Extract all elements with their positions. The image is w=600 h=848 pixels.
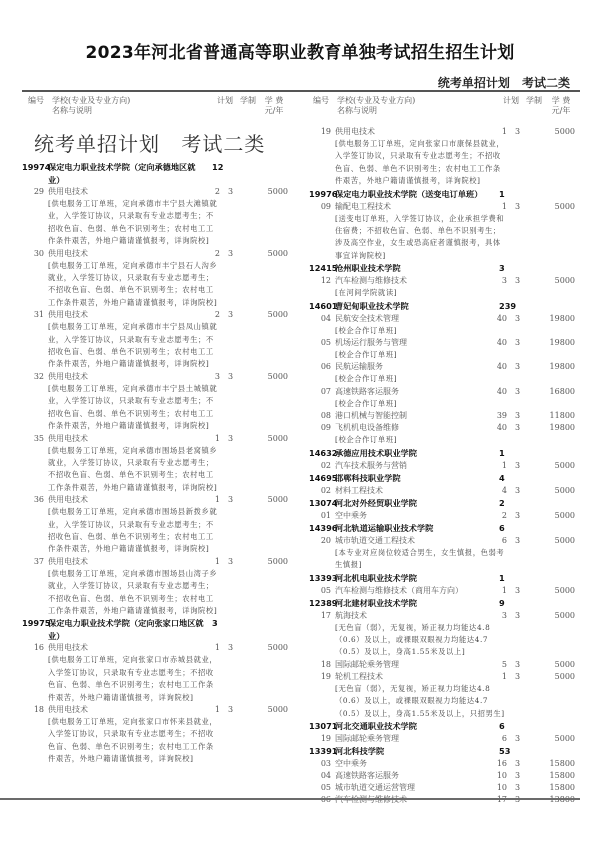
major-note: [无色盲（弱），无复视，矫正视力均能达4.8（0.6）及以上，或裸眼双眼视力均能… [335, 683, 507, 720]
major-row: 19国际邮轮乘务管理635000 [309, 733, 599, 745]
major-fee: 5000 [541, 275, 575, 287]
major-years: 3 [228, 494, 233, 506]
major-note: [供电服务工订单班，定向承德市围场县山湾子乡就业，入学签订协议，只录取有专业志愿… [48, 568, 220, 618]
major-note: [送变电订单班，入学签订协议，企业承担学费和住宿费；不招收色盲、色弱、单色不识别… [335, 213, 507, 263]
school-code: 13391 [309, 745, 333, 758]
major-years: 3 [228, 248, 233, 260]
major-plan: 16 [483, 758, 507, 770]
major-note: [供电服务工订单班，定向承德市丰宁县土城镇就业，入学签订协议，只录取有专业志愿考… [48, 383, 220, 433]
major-row: 31供用电技术235000[供电服务工订单班，定向承德市丰宁县凤山镇就业，入学签… [22, 309, 312, 371]
major-row: 29供用电技术235000[供电服务工订单班，定向承德市丰宁县大滩镇就业，入学签… [22, 186, 312, 248]
major-code: 18 [315, 659, 331, 671]
major-fee: 11800 [541, 410, 575, 422]
major-plan: 1 [483, 460, 507, 472]
major-code: 16 [28, 642, 44, 654]
school-plan-total: 6 [499, 522, 505, 535]
major-name: 国际邮轮乘务管理 [335, 659, 500, 671]
major-years: 3 [515, 733, 520, 745]
school-entry: 13074河北对外经贸职业学院2 [309, 497, 599, 510]
header-name: 学校(专业及专业方向) 名称与说明 [337, 96, 415, 116]
school-entry: 13391河北科技学院53 [309, 745, 599, 758]
major-entry: 16供用电技术135000 [22, 642, 312, 654]
school-code: 13393 [309, 572, 333, 585]
school-entry: 14601曹妃甸职业技术学院239 [309, 300, 599, 313]
major-row: 09输配电工程技术135000[送变电订单班，入学签订协议，企业承担学费和住宿费… [309, 201, 599, 263]
major-years: 3 [515, 671, 520, 683]
major-code: 35 [28, 433, 44, 445]
school-row: 13391河北科技学院53 [309, 745, 599, 758]
major-years: 3 [515, 659, 520, 671]
major-fee: 5000 [254, 248, 288, 260]
major-fee: 5000 [254, 371, 288, 383]
major-code: 02 [315, 460, 331, 472]
major-years: 3 [515, 770, 520, 782]
school-plan-total: 239 [499, 300, 516, 313]
major-fee: 5000 [541, 659, 575, 671]
major-entry: 05城市轨道交通运营管理10315800 [309, 782, 599, 794]
major-entry: 32供用电技术335000 [22, 371, 312, 383]
major-row: 06民航运输服务40319800[校企合作订单班] [309, 361, 599, 385]
major-years: 3 [515, 386, 520, 398]
major-code: 06 [315, 361, 331, 373]
header-years: 学制 [240, 96, 256, 106]
major-fee: 5000 [254, 642, 288, 654]
school-plan-total: 9 [499, 597, 505, 610]
major-entry: 36供用电技术135000 [22, 494, 312, 506]
major-fee: 16800 [541, 386, 575, 398]
school-plan-total: 2 [499, 497, 505, 510]
major-row: 02材料工程技术435000 [309, 485, 599, 497]
major-plan: 1 [196, 556, 220, 568]
major-row: 03空中乘务16315800 [309, 758, 599, 770]
school-row: 13071河北交通职业技术学院6 [309, 720, 599, 733]
major-name: 空中乘务 [335, 758, 500, 770]
major-years: 3 [515, 275, 520, 287]
major-code: 19 [315, 126, 331, 138]
school-name: 曹妃甸职业技术学院 [335, 300, 493, 313]
major-row: 05城市轨道交通运营管理10315800 [309, 782, 599, 794]
major-note: [校企合作订单班] [335, 325, 507, 337]
major-code: 09 [315, 422, 331, 434]
major-entry: 09输配电工程技术135000 [309, 201, 599, 213]
major-row: 20城市轨道交通工程技术635000[本专业对应岗位较适合男生，女生慎报，色弱考… [309, 535, 599, 572]
major-entry: 02材料工程技术435000 [309, 485, 599, 497]
major-years: 3 [515, 422, 520, 434]
major-row: 36供用电技术135000[供电服务工订单班，定向承德市围场县新拨乡就业，入学签… [22, 494, 312, 556]
major-entry: 30供用电技术235000 [22, 248, 312, 260]
major-fee: 5000 [541, 510, 575, 522]
school-entry: 12415沧州职业技术学院3 [309, 262, 599, 275]
major-fee: 15800 [541, 782, 575, 794]
major-fee: 5000 [541, 733, 575, 745]
major-entry: 20城市轨道交通工程技术635000 [309, 535, 599, 547]
school-name: 保定电力职业技术学院（定向张家口地区就业） [48, 617, 206, 642]
school-entry: 19975保定电力职业技术学院（定向张家口地区就业）3 [22, 617, 312, 642]
school-row: 14396河北轨道运输职业技术学院6 [309, 522, 599, 535]
major-code: 08 [315, 410, 331, 422]
major-row: 04高速铁路客运服务10315800 [309, 770, 599, 782]
major-name: 航海技术 [335, 610, 500, 622]
major-name: 飞机机电设备维修 [335, 422, 500, 434]
major-note: [供电服务工订单班，定向张家口市康保县就业，入学签订协议，只录取有专业志愿考生；… [335, 138, 507, 188]
major-row: 09飞机机电设备维修40319800[校企合作订单班] [309, 422, 599, 446]
school-code: 14632 [309, 447, 333, 460]
major-code: 19 [315, 733, 331, 745]
school-row: 12415沧州职业技术学院3 [309, 262, 599, 275]
major-row: 08港口机械与智能控制39311800 [309, 410, 599, 422]
major-row: 35供用电技术135000[供电服务工订单班，定向承德市围场县老窝镇乡就业，入学… [22, 433, 312, 495]
school-name: 河北建材职业技术学院 [335, 597, 493, 610]
major-note: [供电服务工订单班，定向张家口市怀来县就业，入学签订协议，只录取有专业志愿考生；… [48, 716, 220, 766]
major-entry: 07高速铁路客运服务40316800 [309, 386, 599, 398]
major-fee: 5000 [254, 494, 288, 506]
major-entry: 06民航运输服务40319800 [309, 361, 599, 373]
school-name: 沧州职业技术学院 [335, 262, 493, 275]
header-rule-right [300, 90, 580, 92]
major-fee: 19800 [541, 337, 575, 349]
major-plan: 40 [483, 422, 507, 434]
major-entry: 05机场运行服务与管理40319800 [309, 337, 599, 349]
major-entry: 02汽车技术服务与营销135000 [309, 460, 599, 472]
major-row: 05汽车检测与维修技术（商用车方向）135000 [309, 585, 599, 597]
major-entry: 09飞机机电设备维修40319800 [309, 422, 599, 434]
major-note: [供电服务工订单班，定向承德市围场县新拨乡就业，入学签订协议，只录取有专业志愿考… [48, 506, 220, 556]
major-row: 02汽车技术服务与营销135000 [309, 460, 599, 472]
school-name: 河北交通职业技术学院 [335, 720, 493, 733]
major-years: 3 [515, 201, 520, 213]
major-years: 3 [228, 433, 233, 445]
major-entry: 19轮机工程技术135000 [309, 671, 599, 683]
major-years: 3 [228, 309, 233, 321]
major-row: 01空中乘务235000 [309, 510, 599, 522]
school-code: 12389 [309, 597, 333, 610]
major-plan: 2 [196, 186, 220, 198]
header-fee-line2: 元/年 [265, 106, 284, 115]
footer-rule [0, 798, 580, 800]
major-name: 供用电技术 [48, 309, 213, 321]
major-years: 3 [228, 371, 233, 383]
major-fee: 5000 [541, 585, 575, 597]
school-row: 13074河北对外经贸职业学院2 [309, 497, 599, 510]
school-name: 河北科技学院 [335, 745, 493, 758]
major-entry: 17航海技术335000 [309, 610, 599, 622]
major-years: 3 [515, 485, 520, 497]
major-entry: 18供用电技术135000 [22, 704, 312, 716]
major-name: 高速铁路客运服务 [335, 770, 500, 782]
school-entry: 19976保定电力职业技术学院（送变电订单班）1 [309, 188, 599, 201]
major-entry: 01空中乘务235000 [309, 510, 599, 522]
major-fee: 15800 [541, 770, 575, 782]
major-code: 03 [315, 758, 331, 770]
major-entry: 03空中乘务16315800 [309, 758, 599, 770]
major-years: 3 [515, 585, 520, 597]
major-row: 18国际邮轮乘务管理535000 [309, 659, 599, 671]
major-plan: 10 [483, 770, 507, 782]
major-name: 民航运输服务 [335, 361, 500, 373]
major-plan: 6 [483, 733, 507, 745]
major-years: 3 [515, 410, 520, 422]
school-name: 河北机电职业技术学院 [335, 572, 493, 585]
major-fee: 19800 [541, 361, 575, 373]
major-plan: 5 [483, 659, 507, 671]
major-plan: 1 [196, 642, 220, 654]
major-plan: 10 [483, 782, 507, 794]
major-plan: 6 [483, 535, 507, 547]
major-row: 04民航安全技术管理40319800[校企合作订单班] [309, 313, 599, 337]
major-entry: 19供用电技术135000 [309, 126, 599, 138]
school-row: 19975保定电力职业技术学院（定向张家口地区就业）3 [22, 617, 312, 642]
school-entry: 14632承德应用技术职业学院1 [309, 447, 599, 460]
major-row: 18供用电技术135000[供电服务工订单班，定向张家口市怀来县就业，入学签订协… [22, 704, 312, 766]
major-years: 3 [228, 704, 233, 716]
header-plan: 计划 [217, 96, 233, 106]
major-entry: 35供用电技术135000 [22, 433, 312, 445]
header-code: 编号 [313, 96, 329, 106]
major-code: 09 [315, 201, 331, 213]
major-plan: 3 [483, 275, 507, 287]
major-years: 3 [515, 313, 520, 325]
school-entry: 14695邯郸科技职业学院4 [309, 472, 599, 485]
school-name: 邯郸科技职业学院 [335, 472, 493, 485]
major-name: 汽车检测与维修技术（商用车方向） [335, 585, 500, 597]
header-name-line1: 学校(专业及专业方向) [52, 96, 130, 105]
major-name: 供用电技术 [48, 704, 213, 716]
major-code: 01 [315, 510, 331, 522]
major-row: 05机场运行服务与管理40319800[校企合作订单班] [309, 337, 599, 361]
document-subtitle: 统考单招计划 考试二类 [438, 74, 570, 91]
major-name: 高速铁路客运服务 [335, 386, 500, 398]
major-name: 材料工程技术 [335, 485, 500, 497]
major-plan: 1 [483, 201, 507, 213]
major-name: 供用电技术 [335, 126, 500, 138]
major-code: 31 [28, 309, 44, 321]
major-code: 29 [28, 186, 44, 198]
major-name: 汽车检测与维修技术 [335, 275, 500, 287]
major-plan: 1 [483, 126, 507, 138]
major-years: 3 [228, 556, 233, 568]
major-entry: 29供用电技术235000 [22, 186, 312, 198]
major-note: [供电服务工订单班，定向张家口市赤城县就业，入学签订协议，只录取有专业志愿考生；… [48, 654, 220, 704]
major-fee: 5000 [541, 610, 575, 622]
major-years: 3 [515, 361, 520, 373]
school-name: 保定电力职业技术学院（定向承德地区就业） [48, 161, 206, 186]
header-plan: 计划 [503, 96, 519, 106]
school-row: 14695邯郸科技职业学院4 [309, 472, 599, 485]
school-plan-total: 1 [499, 188, 505, 201]
major-code: 19 [315, 671, 331, 683]
school-plan-total: 53 [499, 745, 510, 758]
major-name: 机场运行服务与管理 [335, 337, 500, 349]
major-entry: 04民航安全技术管理40319800 [309, 313, 599, 325]
major-fee: 5000 [541, 485, 575, 497]
major-note: [校企合作订单班] [335, 373, 507, 385]
major-plan: 2 [483, 510, 507, 522]
major-note: [本专业对应岗位较适合男生，女生慎报，色弱考生慎报] [335, 547, 507, 572]
school-row: 19974保定电力职业技术学院（定向承德地区就业）12 [22, 161, 312, 186]
header-fee-line1: 学 费 [265, 96, 284, 105]
major-years: 3 [515, 126, 520, 138]
major-plan: 1 [196, 494, 220, 506]
major-entry: 04高速铁路客运服务10315800 [309, 770, 599, 782]
major-plan: 40 [483, 361, 507, 373]
school-plan-total: 3 [499, 262, 505, 275]
major-fee: 5000 [254, 704, 288, 716]
major-years: 3 [515, 460, 520, 472]
major-fee: 5000 [541, 201, 575, 213]
major-plan: 40 [483, 337, 507, 349]
major-plan: 39 [483, 410, 507, 422]
major-name: 供用电技术 [48, 371, 213, 383]
major-name: 供用电技术 [48, 494, 213, 506]
major-years: 3 [515, 610, 520, 622]
major-code: 12 [315, 275, 331, 287]
major-name: 输配电工程技术 [335, 201, 500, 213]
major-entry: 31供用电技术235000 [22, 309, 312, 321]
school-plan-total: 3 [212, 617, 218, 630]
school-code: 19976 [309, 188, 333, 201]
major-name: 供用电技术 [48, 642, 213, 654]
major-name: 空中乘务 [335, 510, 500, 522]
header-years: 学制 [526, 96, 542, 106]
school-name: 河北轨道运输职业技术学院 [335, 522, 493, 535]
major-code: 20 [315, 535, 331, 547]
school-row: 12389河北建材职业技术学院9 [309, 597, 599, 610]
major-entry: 05汽车检测与维修技术（商用车方向）135000 [309, 585, 599, 597]
major-fee: 15800 [541, 758, 575, 770]
major-years: 3 [228, 186, 233, 198]
major-row: 16供用电技术135000[供电服务工订单班，定向张家口市赤城县就业，入学签订协… [22, 642, 312, 704]
major-row: 17航海技术335000[无色盲（弱），无复视，矫正视力均能达4.8（0.6）及… [309, 610, 599, 659]
header-fee-line2: 元/年 [552, 106, 571, 115]
school-row: 19976保定电力职业技术学院（送变电订单班）1 [309, 188, 599, 201]
header-name: 学校(专业及专业方向) 名称与说明 [52, 96, 130, 116]
school-plan-total: 4 [499, 472, 505, 485]
major-years: 3 [515, 510, 520, 522]
major-plan: 40 [483, 386, 507, 398]
major-name: 供用电技术 [48, 433, 213, 445]
school-plan-total: 1 [499, 447, 505, 460]
major-fee: 19800 [541, 422, 575, 434]
school-code: 14601 [309, 300, 333, 313]
school-name: 河北对外经贸职业学院 [335, 497, 493, 510]
major-row: 07高速铁路客运服务40316800[校企合作订单班] [309, 386, 599, 410]
school-row: 13393河北机电职业技术学院1 [309, 572, 599, 585]
major-plan: 1 [196, 433, 220, 445]
school-code: 14695 [309, 472, 333, 485]
major-name: 国际邮轮乘务管理 [335, 733, 500, 745]
major-fee: 19800 [541, 313, 575, 325]
school-entry: 13071河北交通职业技术学院6 [309, 720, 599, 733]
school-plan-total: 1 [499, 572, 505, 585]
major-note: [在河间学院就读] [335, 287, 507, 299]
major-row: 37供用电技术135000[供电服务工订单班，定向承德市围场县山湾子乡就业，入学… [22, 556, 312, 618]
school-code: 19974 [22, 161, 46, 174]
major-plan: 2 [196, 248, 220, 260]
school-code: 14396 [309, 522, 333, 535]
major-code: 02 [315, 485, 331, 497]
major-name: 汽车技术服务与营销 [335, 460, 500, 472]
major-note: [供电服务工订单班，定向承德市丰宁县石人沟乡就业，入学签订协议，只录取有专业志愿… [48, 260, 220, 310]
header-name-line1: 学校(专业及专业方向) [337, 96, 415, 105]
school-code: 13071 [309, 720, 333, 733]
major-fee: 5000 [254, 186, 288, 198]
major-code: 05 [315, 585, 331, 597]
school-code: 13074 [309, 497, 333, 510]
school-entry: 13393河北机电职业技术学院1 [309, 572, 599, 585]
section-label: 统考单招计划 考试二类 [34, 128, 265, 157]
major-code: 04 [315, 313, 331, 325]
major-code: 36 [28, 494, 44, 506]
major-note: [无色盲（弱），无复视，矫正视力均能达4.8（0.6）及以上，或裸眼双眼视力均能… [335, 622, 507, 659]
major-name: 供用电技术 [48, 186, 213, 198]
major-row: 19轮机工程技术135000[无色盲（弱），无复视，矫正视力均能达4.8（0.6… [309, 671, 599, 720]
major-code: 05 [315, 782, 331, 794]
school-plan-total: 6 [499, 720, 505, 733]
major-row: 30供用电技术235000[供电服务工订单班，定向承德市丰宁县石人沟乡就业，入学… [22, 248, 312, 310]
school-plan-total: 12 [212, 161, 223, 174]
major-code: 18 [28, 704, 44, 716]
school-entry: 19974保定电力职业技术学院（定向承德地区就业）12 [22, 161, 312, 186]
major-fee: 5000 [541, 535, 575, 547]
school-name: 保定电力职业技术学院（送变电订单班） [335, 188, 493, 201]
major-note: [供电服务工订单班，定向承德市围场县老窝镇乡就业，入学签订协议，只录取有专业志愿… [48, 445, 220, 495]
school-name: 承德应用技术职业学院 [335, 447, 493, 460]
school-row: 14632承德应用技术职业学院1 [309, 447, 599, 460]
major-note: [供电服务工订单班，定向承德市丰宁县大滩镇就业，入学签订协议，只录取有专业志愿考… [48, 198, 220, 248]
major-plan: 3 [196, 371, 220, 383]
major-name: 轮机工程技术 [335, 671, 500, 683]
major-years: 3 [228, 642, 233, 654]
major-fee: 5000 [254, 556, 288, 568]
major-plan: 1 [483, 671, 507, 683]
major-name: 城市轨道交通运营管理 [335, 782, 500, 794]
header-name-line2: 名称与说明 [337, 106, 377, 115]
major-fee: 5000 [254, 433, 288, 445]
major-code: 37 [28, 556, 44, 568]
major-years: 3 [515, 782, 520, 794]
major-entry: 08港口机械与智能控制39311800 [309, 410, 599, 422]
major-plan: 1 [483, 585, 507, 597]
school-entry: 12389河北建材职业技术学院9 [309, 597, 599, 610]
major-note: [校企合作订单班] [335, 398, 507, 410]
major-fee: 5000 [541, 671, 575, 683]
right-column: 19供用电技术135000[供电服务工订单班，定向张家口市康保县就业，入学签订协… [309, 126, 599, 806]
major-note: [校企合作订单班] [335, 349, 507, 361]
major-name: 港口机械与智能控制 [335, 410, 500, 422]
major-fee: 5000 [254, 309, 288, 321]
major-plan: 3 [483, 610, 507, 622]
major-code: 30 [28, 248, 44, 260]
major-plan: 1 [196, 704, 220, 716]
header-code: 编号 [28, 96, 44, 106]
major-entry: 37供用电技术135000 [22, 556, 312, 568]
left-column: 19974保定电力职业技术学院（定向承德地区就业）1229供用电技术235000… [22, 161, 312, 766]
major-plan: 40 [483, 313, 507, 325]
major-years: 3 [515, 535, 520, 547]
school-code: 12415 [309, 262, 333, 275]
major-years: 3 [515, 758, 520, 770]
major-code: 05 [315, 337, 331, 349]
major-code: 07 [315, 386, 331, 398]
header-fee: 学 费 元/年 [262, 96, 286, 116]
major-entry: 12汽车检测与维修技术335000 [309, 275, 599, 287]
header-name-line2: 名称与说明 [52, 106, 92, 115]
major-note: [校企合作订单班] [335, 434, 507, 446]
major-plan: 2 [196, 309, 220, 321]
major-fee: 5000 [541, 126, 575, 138]
school-code: 19975 [22, 617, 46, 630]
major-name: 供用电技术 [48, 248, 213, 260]
